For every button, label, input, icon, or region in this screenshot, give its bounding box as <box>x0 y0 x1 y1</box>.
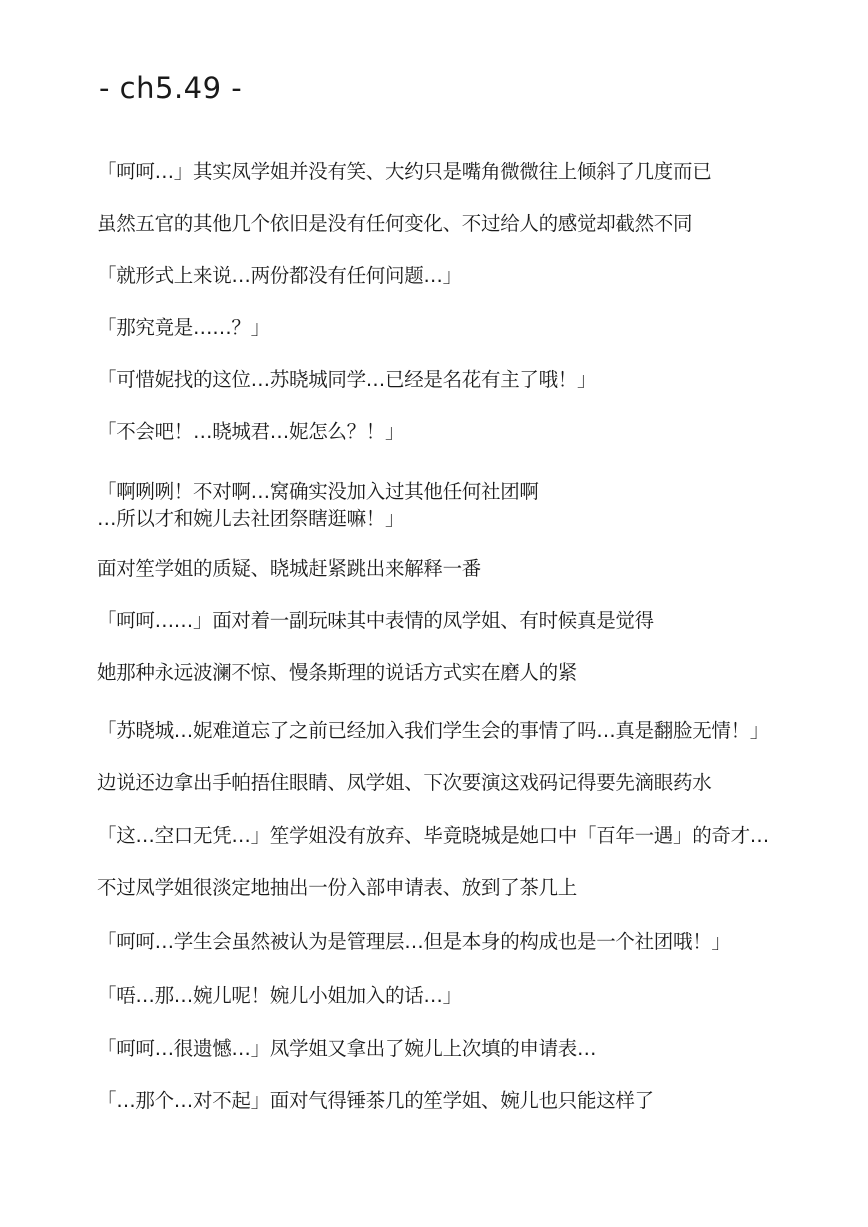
text-line: 「…那个…对不起」面对气得锤茶几的笙学姐、婉儿也只能这样了 <box>97 1089 654 1112</box>
text-line: 「呵呵…」其实凤学姐并没有笑、大约只是嘴角微微往上倾斜了几度而已 <box>97 160 711 183</box>
text-line: 「这…空口无凭…」笙学姐没有放弃、毕竟晓城是她口中「百年一遇」的奇才… <box>97 824 769 847</box>
paragraph: 「呵呵…学生会虽然被认为是管理层…但是本身的构成也是一个社团哦！」 <box>97 928 731 955</box>
document-page: - ch5.49 - 「呵呵…」其实凤学姐并没有笑、大约只是嘴角微微往上倾斜了几… <box>0 0 868 1227</box>
paragraph: 「不会吧！…晓城君…妮怎么？！」 <box>97 418 404 445</box>
text-line: 她那种永远波澜不惊、慢条斯理的说话方式实在磨人的紧 <box>97 661 577 684</box>
text-line: 「呵呵…很遗憾…」凤学姐又拿出了婉儿上次填的申请表… <box>97 1037 596 1060</box>
paragraph: 「…那个…对不起」面对气得锤茶几的笙学姐、婉儿也只能这样了 <box>97 1087 654 1114</box>
paragraph: 她那种永远波澜不惊、慢条斯理的说话方式实在磨人的紧 <box>97 659 577 686</box>
text-line: 面对笙学姐的质疑、晓城赶紧跳出来解释一番 <box>97 557 481 580</box>
paragraph: 「就形式上来说…两份都没有任何问题…」 <box>97 262 462 289</box>
paragraph: 面对笙学姐的质疑、晓城赶紧跳出来解释一番 <box>97 555 481 582</box>
paragraph: 不过凤学姐很淡定地抽出一份入部申请表、放到了茶几上 <box>97 874 577 901</box>
text-line: 「不会吧！…晓城君…妮怎么？！」 <box>97 420 404 443</box>
text-line: 「那究竟是……？」 <box>97 316 270 339</box>
text-line: 「呵呵…学生会虽然被认为是管理层…但是本身的构成也是一个社团哦！」 <box>97 930 731 953</box>
paragraph: 「呵呵…」其实凤学姐并没有笑、大约只是嘴角微微往上倾斜了几度而已 <box>97 158 711 185</box>
paragraph: 边说还边拿出手帕捂住眼睛、凤学姐、下次要演这戏码记得要先滴眼药水 <box>97 769 711 796</box>
text-line: 虽然五官的其他几个依旧是没有任何变化、不过给人的感觉却截然不同 <box>97 212 692 235</box>
paragraph: 「苏晓城…妮难道忘了之前已经加入我们学生会的事情了吗…真是翻脸无情！」 <box>97 717 769 744</box>
text-line: 「啊咧咧！不对啊…窝确实没加入过其他任何社团啊 <box>97 478 539 505</box>
text-line: 「就形式上来说…两份都没有任何问题…」 <box>97 264 462 287</box>
paragraph: 「啊咧咧！不对啊…窝确实没加入过其他任何社团啊 …所以才和婉儿去社团祭瞎逛嘛！」 <box>97 478 539 532</box>
text-line: 「苏晓城…妮难道忘了之前已经加入我们学生会的事情了吗…真是翻脸无情！」 <box>97 719 769 742</box>
paragraph: 「可惜妮找的这位…苏晓城同学…已经是名花有主了哦！」 <box>97 366 596 393</box>
text-line: 「可惜妮找的这位…苏晓城同学…已经是名花有主了哦！」 <box>97 368 596 391</box>
chapter-title: - ch5.49 - <box>99 68 242 108</box>
text-line: 不过凤学姐很淡定地抽出一份入部申请表、放到了茶几上 <box>97 876 577 899</box>
text-line: …所以才和婉儿去社团祭瞎逛嘛！」 <box>97 505 539 532</box>
paragraph: 虽然五官的其他几个依旧是没有任何变化、不过给人的感觉却截然不同 <box>97 210 692 237</box>
text-line: 边说还边拿出手帕捂住眼睛、凤学姐、下次要演这戏码记得要先滴眼药水 <box>97 771 711 794</box>
paragraph: 「呵呵……」面对着一副玩味其中表情的凤学姐、有时候真是觉得 <box>97 607 654 634</box>
paragraph: 「唔…那…婉儿呢！婉儿小姐加入的话…」 <box>97 982 462 1009</box>
paragraph: 「呵呵…很遗憾…」凤学姐又拿出了婉儿上次填的申请表… <box>97 1035 596 1062</box>
text-line: 「呵呵……」面对着一副玩味其中表情的凤学姐、有时候真是觉得 <box>97 609 654 632</box>
paragraph: 「那究竟是……？」 <box>97 314 270 341</box>
text-line: 「唔…那…婉儿呢！婉儿小姐加入的话…」 <box>97 984 462 1007</box>
paragraph: 「这…空口无凭…」笙学姐没有放弃、毕竟晓城是她口中「百年一遇」的奇才… <box>97 822 769 849</box>
